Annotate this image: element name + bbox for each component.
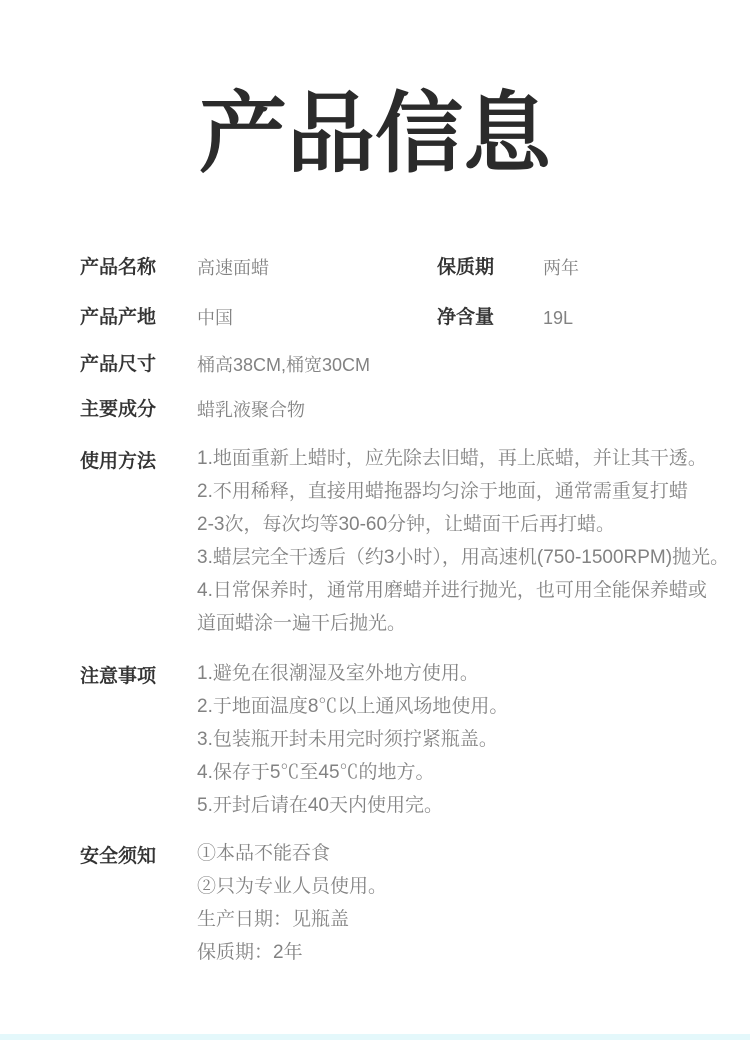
section-label-notes: 注意事项	[80, 664, 156, 690]
notes-line: 4.保存于5℃至45℃的地方。	[197, 756, 750, 789]
safety-line: 保质期：2年	[197, 936, 750, 969]
usage-line: 2.不用稀释，直接用蜡拖器均匀涂于地面，通常需重复打蜡	[197, 475, 750, 508]
notes-paragraph: 1.避免在很潮湿及室外地方使用。 2.于地面温度8℃以上通风场地使用。 3.包装…	[197, 657, 750, 822]
usage-line: 1.地面重新上蜡时，应先除去旧蜡，再上底蜡，并让其干透。	[197, 442, 750, 475]
spec-value-ingredients: 蜡乳液聚合物	[197, 397, 305, 423]
usage-line: 4.日常保养时，通常用磨蜡并进行抛光，也可用全能保养蜡或	[197, 574, 750, 607]
spec-label-size: 产品尺寸	[80, 352, 156, 378]
usage-line: 2-3次，每次均等30-60分钟，让蜡面干后再打蜡。	[197, 508, 750, 541]
spec-value-size: 桶高38CM,桶宽30CM	[197, 352, 370, 378]
spec-value-origin: 中国	[197, 305, 233, 331]
safety-line: ①本品不能吞食	[197, 837, 750, 870]
spec-value-net-content: 19L	[543, 305, 573, 331]
safety-line: 生产日期：见瓶盖	[197, 903, 750, 936]
notes-line: 2.于地面温度8℃以上通风场地使用。	[197, 690, 750, 723]
product-info-page: 产品信息 产品名称 高速面蜡 保质期 两年 产品产地 中国 净含量 19L 产品…	[0, 0, 750, 1040]
notes-line: 1.避免在很潮湿及室外地方使用。	[197, 657, 750, 690]
section-label-usage: 使用方法	[80, 449, 156, 475]
spec-label-shelf-life: 保质期	[437, 255, 494, 281]
notes-line: 5.开封后请在40天内使用完。	[197, 789, 750, 822]
spec-value-name: 高速面蜡	[197, 255, 269, 281]
section-label-safety: 安全须知	[80, 844, 156, 870]
notes-line: 3.包装瓶开封未用完时须拧紧瓶盖。	[197, 723, 750, 756]
spec-value-shelf-life: 两年	[543, 255, 579, 281]
usage-line: 3.蜡层完全干透后（约3小时），用高速机(750-1500RPM)抛光。	[197, 541, 750, 574]
spec-label-origin: 产品产地	[80, 305, 156, 331]
spec-label-net-content: 净含量	[437, 305, 494, 331]
spec-label-ingredients: 主要成分	[80, 397, 156, 423]
spec-label-name: 产品名称	[80, 255, 156, 281]
safety-paragraph: ①本品不能吞食 ②只为专业人员使用。 生产日期：见瓶盖 保质期：2年	[197, 837, 750, 969]
next-section-edge	[0, 1034, 750, 1040]
safety-line: ②只为专业人员使用。	[197, 870, 750, 903]
usage-paragraph: 1.地面重新上蜡时，应先除去旧蜡，再上底蜡，并让其干透。 2.不用稀释，直接用蜡…	[197, 442, 750, 640]
page-title: 产品信息	[0, 82, 750, 186]
usage-line: 道面蜡涂一遍干后抛光。	[197, 607, 750, 640]
